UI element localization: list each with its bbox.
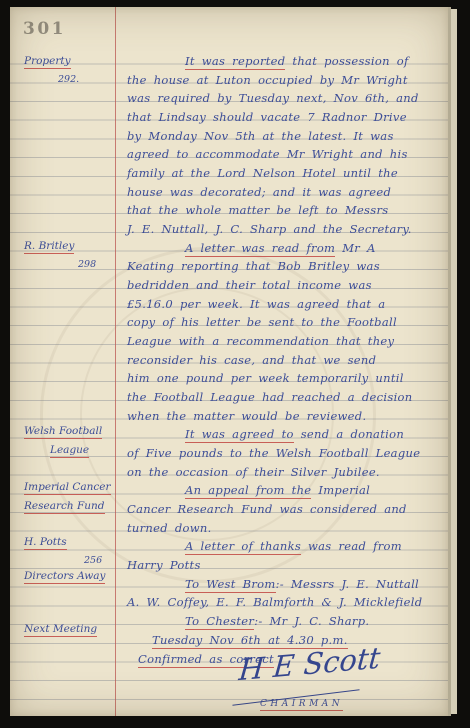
minute-book-photo: 301 Property292.R. Britley298Welsh Footb…	[0, 0, 470, 728]
margin-heading: Welsh FootballLeague	[24, 422, 118, 459]
body-line: that the whole matter be left to Messrs	[127, 201, 451, 220]
body-text: :- Mr J. C. Sharp.	[254, 614, 369, 628]
body-text: League with a recommendation that they	[127, 334, 394, 348]
body-text: Mr A	[335, 241, 375, 255]
body-text: turned down.	[127, 521, 212, 535]
body-text: send a donation	[294, 427, 404, 441]
body-text: him one pound per week temporarily until	[127, 371, 404, 385]
minutes-body: It was reported that possession ofthe ho…	[127, 52, 451, 668]
margin-heading: Directors Away	[24, 567, 118, 586]
red-margin-rule	[115, 7, 116, 716]
body-text: the house at Luton occupied by Mr Wright	[127, 73, 408, 87]
body-line: house was decorated; and it was agreed	[127, 183, 451, 202]
body-line: A letter was read from Mr A	[127, 239, 451, 258]
body-text: Keating reporting that Bob Britley was	[127, 259, 380, 273]
margin-heading: H. Potts256	[24, 533, 118, 570]
margin-heading: Property292.	[24, 52, 118, 89]
body-text: the Football League had reached a decisi…	[127, 390, 412, 404]
body-line: Keating reporting that Bob Britley was	[127, 257, 451, 276]
body-text: that possession of	[285, 54, 408, 68]
body-line: League with a recommendation that they	[127, 332, 451, 351]
body-text: house was decorated; and it was agreed	[127, 185, 391, 199]
body-line: bedridden and their total income was	[127, 276, 451, 295]
body-line: To Chester:- Mr J. C. Sharp.	[127, 612, 451, 631]
underlined-phrase: A letter was read from	[185, 241, 335, 257]
margin-heading-text: R. Britley	[24, 240, 74, 254]
body-text: by Monday Nov 5th at the latest. It was	[127, 129, 394, 143]
margin-heading-text: Welsh Football	[24, 425, 102, 439]
minute-reference-number: 292.	[58, 71, 118, 90]
underlined-phrase: An appeal from the	[185, 483, 311, 499]
margin-heading-text: Property	[24, 55, 71, 69]
body-text: copy of his letter be sent to the Footba…	[127, 315, 397, 329]
body-line: Tuesday Nov 6th at 4.30 p.m.	[127, 631, 451, 650]
body-line: the Football League had reached a decisi…	[127, 388, 451, 407]
body-text: of Five pounds to the Welsh Football Lea…	[127, 446, 420, 460]
page-number-stamp: 301	[23, 19, 66, 39]
body-line: It was agreed to send a donation	[127, 425, 451, 444]
underlined-phrase: To West Brom	[185, 577, 276, 593]
body-line: on the occasion of their Silver Jubilee.	[127, 463, 451, 482]
margin-heading: R. Britley298	[24, 237, 118, 274]
underlined-phrase: To Chester	[185, 614, 254, 630]
body-line: by Monday Nov 5th at the latest. It was	[127, 127, 451, 146]
body-line: It was reported that possession of	[127, 52, 451, 71]
body-line: To West Brom:- Messrs J. E. Nuttall	[127, 575, 451, 594]
body-text: reconsider his case, and that we send	[127, 353, 376, 367]
minute-reference-number: 298	[78, 256, 118, 275]
body-line: him one pound per week temporarily until	[127, 369, 451, 388]
body-text: was read from	[301, 539, 402, 553]
body-text: on the occasion of their Silver Jubilee.	[127, 465, 380, 479]
body-text: family at the Lord Nelson Hotel until th…	[127, 166, 398, 180]
body-text: when the matter would be reviewed.	[127, 409, 366, 423]
margin-heading: Next Meeting	[24, 620, 118, 639]
body-line: Cancer Research Fund was considered and	[127, 500, 451, 519]
body-text: A. W. Coffey, E. F. Balmforth & J. Mickl…	[127, 595, 422, 609]
body-line: A. W. Coffey, E. F. Balmforth & J. Mickl…	[127, 593, 451, 612]
body-text: was required by Tuesday next, Nov 6th, a…	[127, 91, 419, 105]
body-line: A letter of thanks was read from	[127, 537, 451, 556]
body-text: that Lindsay should vacate 7 Radnor Driv…	[127, 110, 407, 124]
next-page-edge	[451, 9, 457, 714]
body-text: Cancer Research Fund was considered and	[127, 502, 407, 516]
body-text: :- Messrs J. E. Nuttall	[276, 577, 419, 591]
margin-heading-text: Directors Away	[24, 570, 105, 584]
chairman-label: CHAIRMAN	[260, 699, 343, 711]
body-line: that Lindsay should vacate 7 Radnor Driv…	[127, 108, 451, 127]
body-line: turned down.	[127, 519, 451, 538]
body-line: the house at Luton occupied by Mr Wright	[127, 71, 451, 90]
body-text: Imperial	[311, 483, 370, 497]
body-line: family at the Lord Nelson Hotel until th…	[127, 164, 451, 183]
margin-heading-text: Research Fund	[24, 500, 105, 514]
body-line: £5.16.0 per week. It was agreed that a	[127, 295, 451, 314]
body-line: copy of his letter be sent to the Footba…	[127, 313, 451, 332]
ledger-page: 301 Property292.R. Britley298Welsh Footb…	[10, 7, 448, 716]
margin-heading-text: Imperial Cancer	[24, 481, 111, 495]
underlined-phrase: A letter of thanks	[185, 539, 301, 555]
body-text: £5.16.0 per week. It was agreed that a	[127, 297, 385, 311]
body-text: J. E. Nuttall, J. C. Sharp and the Secre…	[127, 222, 412, 236]
margin-heading-text: League	[50, 444, 89, 458]
body-line: was required by Tuesday next, Nov 6th, a…	[127, 89, 451, 108]
body-line: Harry Potts	[127, 556, 451, 575]
underlined-phrase: It was agreed to	[185, 427, 294, 443]
body-line: agreed to accommodate Mr Wright and his	[127, 145, 451, 164]
margin-heading-text: Next Meeting	[24, 623, 97, 637]
body-line: reconsider his case, and that we send	[127, 351, 451, 370]
body-line: of Five pounds to the Welsh Football Lea…	[127, 444, 451, 463]
body-text: that the whole matter be left to Messrs	[127, 203, 388, 217]
body-line: when the matter would be reviewed.	[127, 407, 451, 426]
body-text: Harry Potts	[127, 558, 201, 572]
body-line: J. E. Nuttall, J. C. Sharp and the Secre…	[127, 220, 451, 239]
body-text: agreed to accommodate Mr Wright and his	[127, 147, 408, 161]
underlined-phrase: It was reported	[185, 54, 285, 70]
margin-heading: Imperial CancerResearch Fund	[24, 478, 118, 515]
body-line: An appeal from the Imperial	[127, 481, 451, 500]
body-text: bedridden and their total income was	[127, 278, 372, 292]
margin-heading-text: H. Potts	[24, 536, 67, 550]
